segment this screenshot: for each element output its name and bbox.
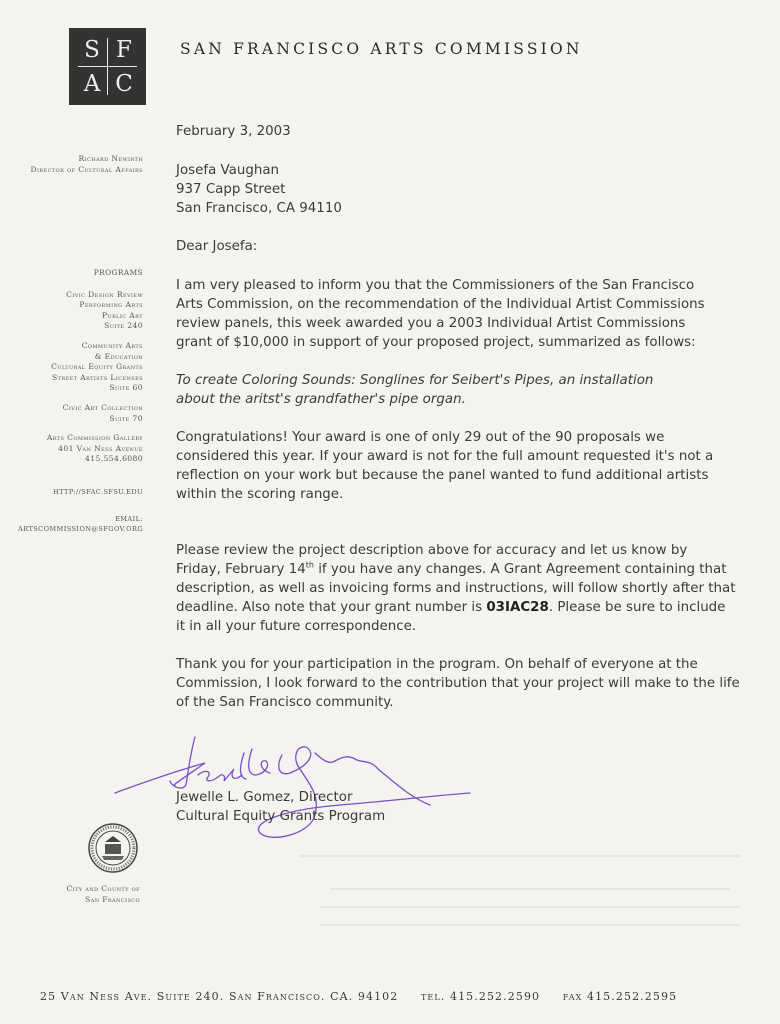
program-line: Cultural Equity Grants xyxy=(18,362,143,373)
program-line: Street Artists Licenses xyxy=(18,373,143,384)
logo-divider-horizontal xyxy=(78,66,137,67)
recipient-street: 937 Capp Street xyxy=(176,180,751,199)
logo-letter-c: C xyxy=(109,70,139,98)
recipient-city: San Francisco, CA 94110 xyxy=(176,199,751,218)
seal-caption-line: San Francisco xyxy=(66,895,140,906)
paragraph-review: Please review the project description ab… xyxy=(176,541,736,636)
footer-fax: fax 415.252.2595 xyxy=(563,990,677,1003)
paragraph-thanks: Thank you for your participation in the … xyxy=(176,655,741,712)
signer-block: Jewelle L. Gomez, Director Cultural Equi… xyxy=(176,788,385,826)
program-line: & Education xyxy=(18,352,143,363)
program-line: Community Arts xyxy=(18,341,143,352)
recipient-address: Josefa Vaughan 937 Capp Street San Franc… xyxy=(176,161,751,218)
logo-letter-f: F xyxy=(109,36,139,64)
salutation: Dear Josefa: xyxy=(176,237,751,256)
paragraph-congratulations: Congratulations! Your award is one of on… xyxy=(176,428,736,504)
grant-number: 03IAC28 xyxy=(486,600,548,615)
program-line: Public Art xyxy=(18,311,143,322)
program-line: Civic Design Review xyxy=(18,290,143,301)
program-line: Suite 60 xyxy=(18,383,143,394)
program-group: Civic Design Review Performing Arts Publ… xyxy=(18,290,143,332)
sfac-logo: S F A C xyxy=(69,28,146,105)
seal-caption-line: City and County of xyxy=(66,884,140,895)
bleed-through-line xyxy=(300,855,740,857)
director-name: Richard Newirth xyxy=(31,154,143,165)
programs-sidebar: Programs Civic Design Review Performing … xyxy=(18,268,143,535)
footer-contact: 25 Van Ness Ave. Suite 240. San Francisc… xyxy=(40,990,695,1003)
program-line: Suite 70 xyxy=(18,414,143,425)
logo-letter-s: S xyxy=(77,36,107,64)
program-line: 415.554.6080 xyxy=(18,454,143,465)
signer-name: Jewelle L. Gomez, Director xyxy=(176,788,385,807)
website-link[interactable]: http://sfac.sfsu.edu xyxy=(18,487,143,498)
letter-date: February 3, 2003 xyxy=(176,122,751,141)
program-line: Suite 240 xyxy=(18,321,143,332)
signer-program: Cultural Equity Grants Program xyxy=(176,807,385,826)
paragraph-award: I am very pleased to inform you that the… xyxy=(176,276,721,352)
program-line: Civic Art Collection xyxy=(18,403,143,414)
ordinal-suffix: th xyxy=(306,561,314,570)
seal-caption: City and County of San Francisco xyxy=(66,884,140,905)
footer-address: 25 Van Ness Ave. Suite 240. San Francisc… xyxy=(40,990,398,1003)
director-block: Richard Newirth Director of Cultural Aff… xyxy=(31,154,143,175)
program-group: Arts Commission Gallery 401 Van Ness Ave… xyxy=(18,433,143,465)
program-line: Arts Commission Gallery xyxy=(18,433,143,444)
programs-header: Programs xyxy=(18,268,143,279)
director-title: Director of Cultural Affairs xyxy=(31,165,143,176)
bleed-through-line xyxy=(330,888,730,890)
footer-phone: tel. 415.252.2590 xyxy=(421,990,540,1003)
email-label: Email: xyxy=(18,514,143,525)
city-seal-icon xyxy=(87,822,139,874)
email-link[interactable]: artscommission@sfgov.org xyxy=(18,524,143,535)
program-line: 401 Van Ness Avenue xyxy=(18,444,143,455)
recipient-name: Josefa Vaughan xyxy=(176,161,751,180)
organization-title: San Francisco Arts Commission xyxy=(180,40,583,58)
bleed-through-line xyxy=(320,924,740,926)
program-group: Community Arts & Education Cultural Equi… xyxy=(18,341,143,394)
program-line: Performing Arts xyxy=(18,300,143,311)
program-group: Civic Art Collection Suite 70 xyxy=(18,403,143,424)
bleed-through-line xyxy=(320,906,740,908)
project-description: To create Coloring Sounds: Songlines for… xyxy=(176,371,696,409)
logo-letter-a: A xyxy=(77,70,107,98)
